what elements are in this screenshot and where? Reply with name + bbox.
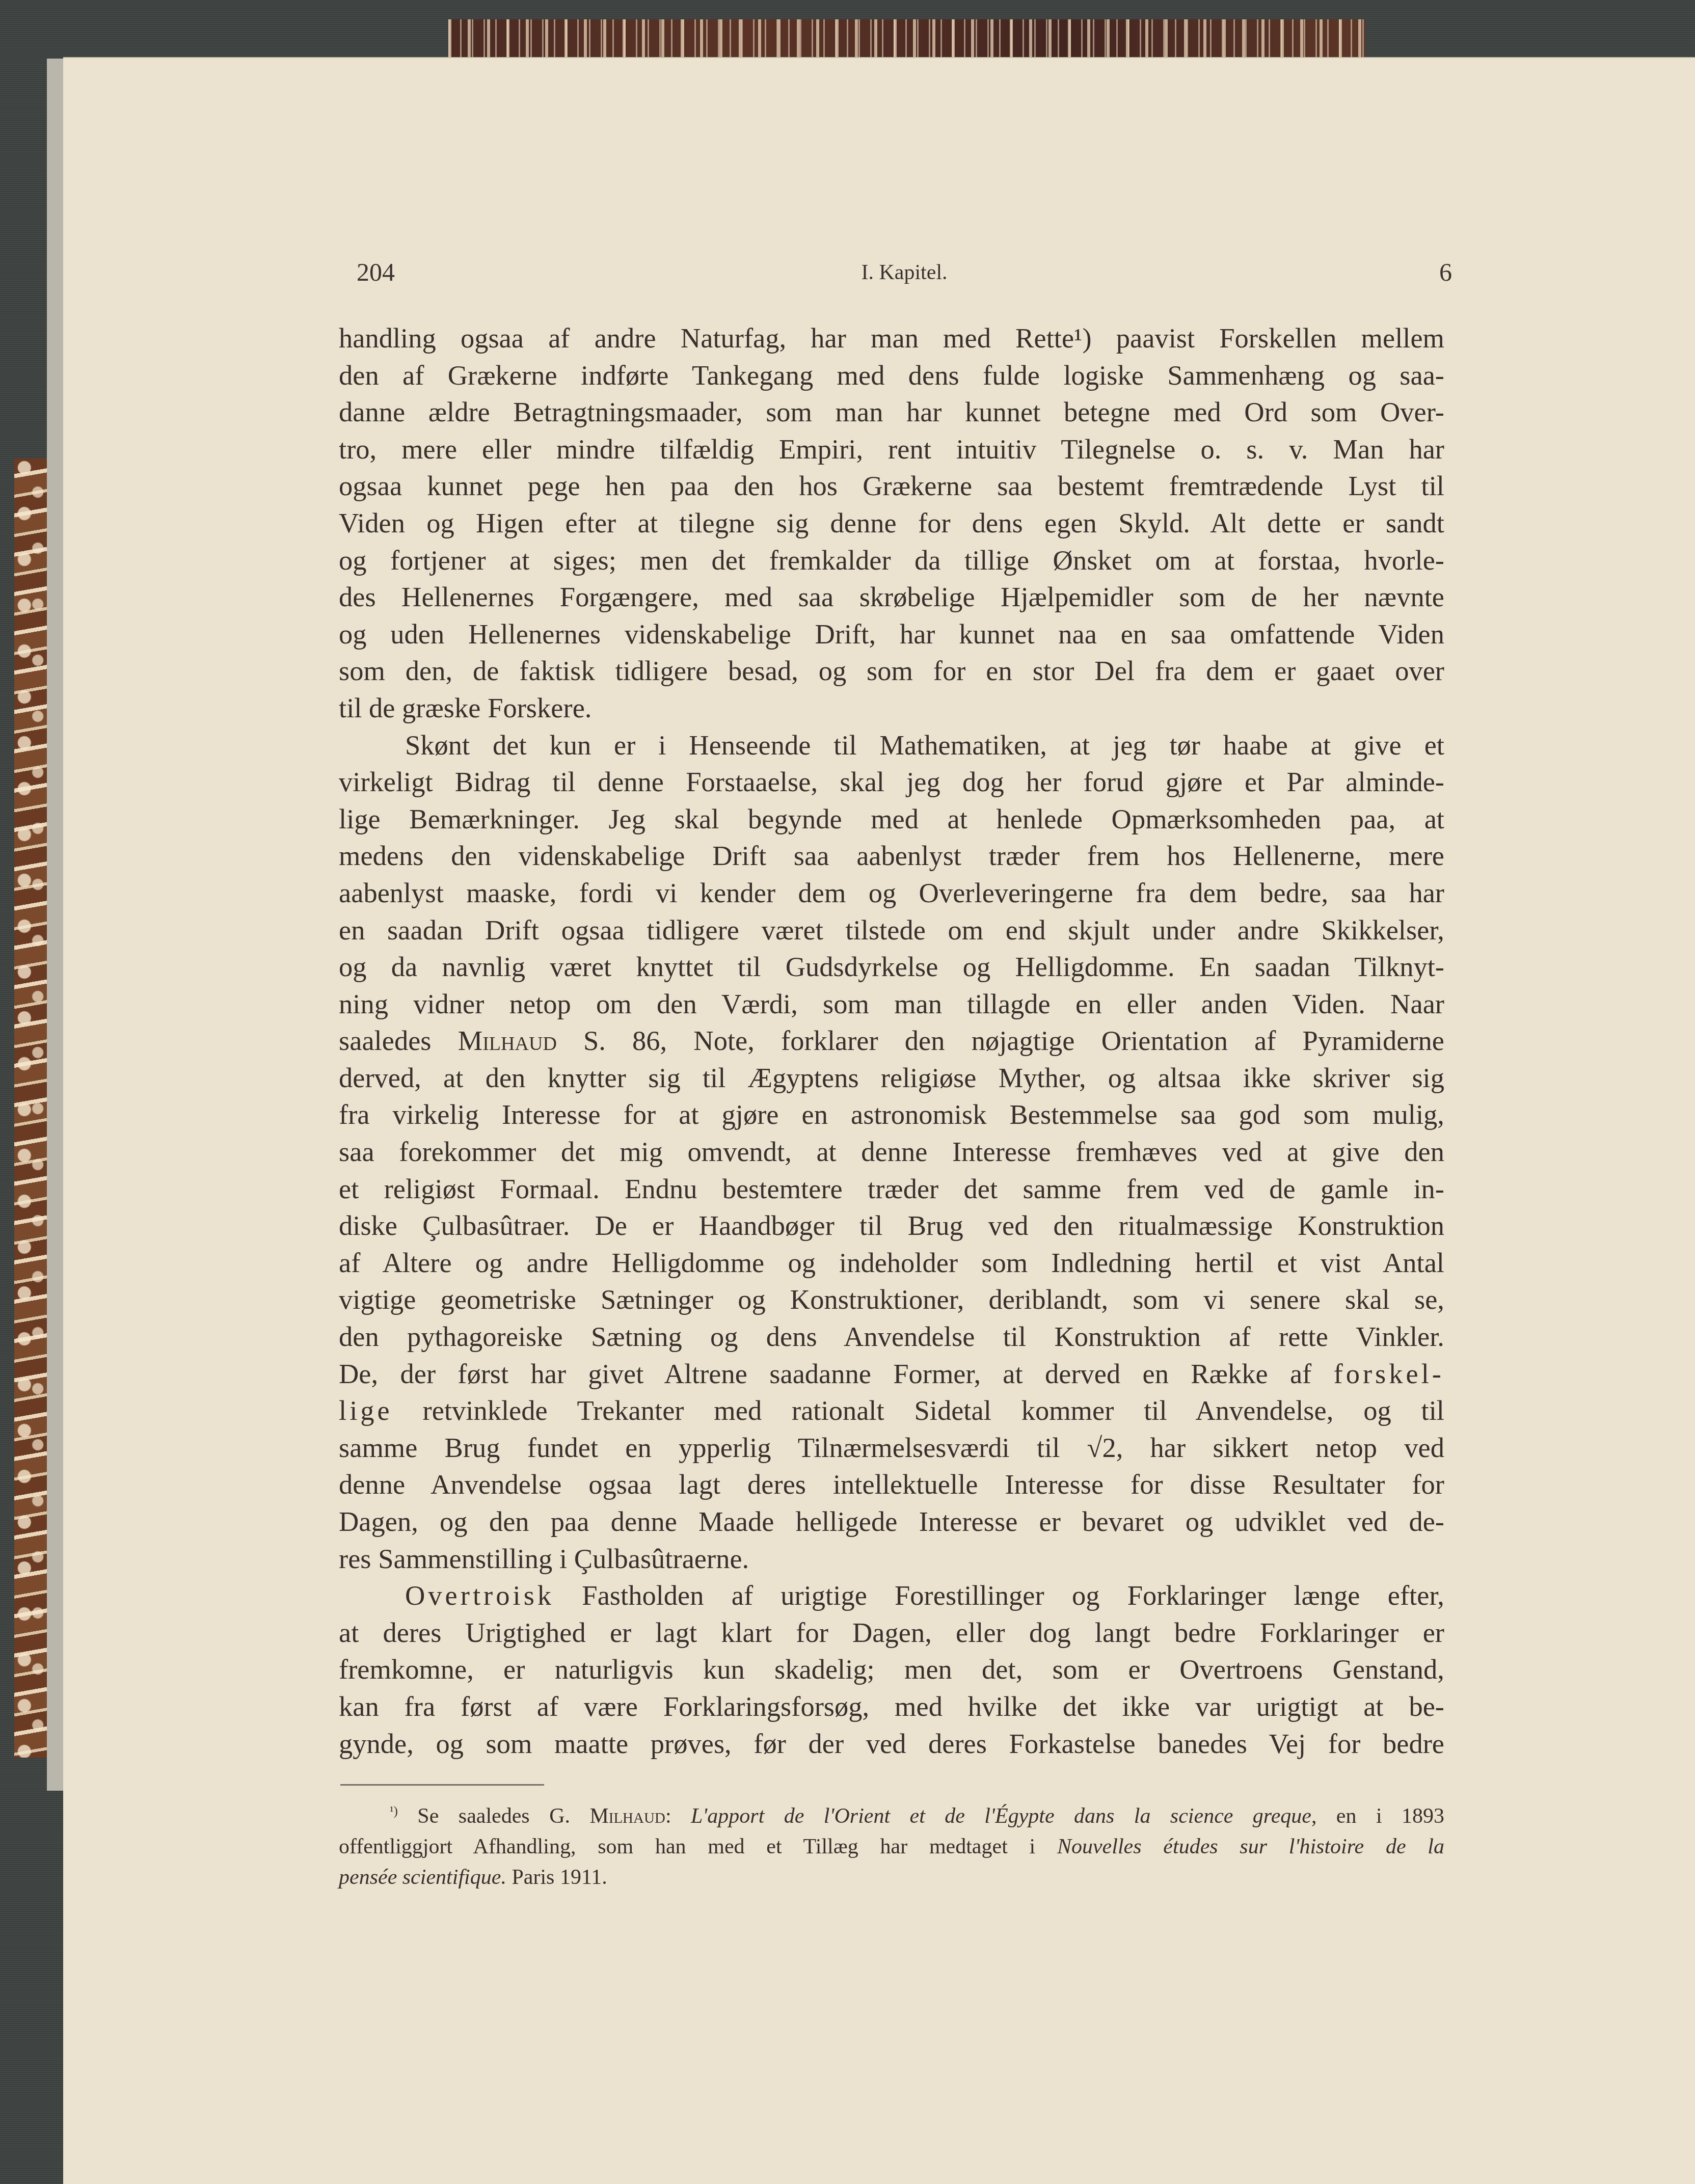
text-line: medens den videnskabelige Drift saa aabe…	[339, 838, 1444, 875]
line-text: des Hellenernes Forgængere, med saa skrø…	[339, 581, 1444, 612]
work-title: L'apport de l'Orient et de l'Égypte dans…	[691, 1804, 1311, 1828]
line-text: af Altere og andre Helligdomme og indeho…	[339, 1247, 1444, 1278]
text-line: saaledes Milhaud S. 86, Note, forklarer …	[339, 1022, 1444, 1060]
text-line: tro, mere eller mindre tilfældig Empiri,…	[339, 431, 1444, 468]
emphasized-word: Overtroisk	[405, 1580, 554, 1611]
line-text: som den, de faktisk tidligere besad, og …	[339, 655, 1444, 686]
text-line: derved, at den knytter sig til Ægyptens …	[339, 1060, 1444, 1097]
text-line: aabenlyst maaske, fordi vi kender dem og…	[339, 875, 1444, 912]
running-title: I. Kapitel.	[357, 260, 1452, 285]
text-line: De, der først har givet Altrene saadanne…	[339, 1356, 1444, 1393]
text-line: lige retvinklede Trekanter med rationalt…	[339, 1392, 1444, 1430]
text-line: af Altere og andre Helligdomme og indeho…	[339, 1245, 1444, 1282]
line-text: Dagen, og den paa denne Maade helligede …	[339, 1506, 1444, 1537]
text-line: vigtige geometriske Sætninger og Konstru…	[339, 1281, 1444, 1318]
line-text: ning vidner netop om den Værdi, som man …	[339, 988, 1444, 1019]
line-text: denne Anvendelse ogsaa lagt deres intell…	[339, 1469, 1444, 1500]
text-line: handling ogsaa af andre Naturfag, har ma…	[339, 320, 1444, 357]
line-text: fra virkelig Interesse for at gjøre en a…	[339, 1099, 1444, 1130]
footnote-line: pensée scientifique. Paris 1911.	[339, 1862, 1444, 1893]
text-line: danne ældre Betragtningsmaader, som man …	[339, 394, 1444, 431]
line-text: derved, at den knytter sig til Ægyptens …	[339, 1062, 1444, 1093]
marbled-edge-left	[14, 459, 48, 1758]
line-text: Viden og Higen efter at tilegne sig denn…	[339, 507, 1444, 538]
author-name: Milhaud	[589, 1804, 665, 1828]
running-header: 204 I. Kapitel. 6	[357, 257, 1452, 288]
work-title: Nouvelles études sur l'histoire de la	[1057, 1835, 1444, 1858]
line-text: Skønt det kun er i Henseende til Mathema…	[405, 730, 1444, 761]
text-line: at deres Urigtighed er lagt klart for Da…	[339, 1614, 1444, 1652]
line-text: og da navnlig været knyttet til Gudsdyrk…	[339, 951, 1444, 982]
line-text: virkeligt Bidrag til denne Forstaaelse, …	[339, 766, 1444, 797]
line-text: res Sammenstilling i Çulbasûtraerne.	[339, 1543, 749, 1574]
footnote-line: ¹) Se saaledes G. Milhaud: L'apport de l…	[339, 1801, 1444, 1831]
line-text: lige Bemærkninger. Jeg skal begynde med …	[339, 803, 1444, 834]
line-text: vigtige geometriske Sætninger og Konstru…	[339, 1284, 1444, 1315]
line-text: tro, mere eller mindre tilfældig Empiri,…	[339, 434, 1444, 465]
text-line: denne Anvendelse ogsaa lagt deres intell…	[339, 1466, 1444, 1503]
text-line: og fortjener at siges; men det fremkalde…	[339, 542, 1444, 579]
footnotes: ¹) Se saaledes G. Milhaud: L'apport de l…	[339, 1801, 1444, 1893]
line-text: retvinklede Trekanter med rationalt Side…	[393, 1395, 1444, 1426]
line-text: ogsaa kunnet pege hen paa den hos Græker…	[339, 470, 1444, 501]
line-text: S. 86, Note, forklarer den nøjagtige Ori…	[557, 1025, 1444, 1056]
line-text: danne ældre Betragtningsmaader, som man …	[339, 396, 1444, 427]
text-line: til de græske Forskere.	[339, 690, 1444, 727]
line-text: og uden Hellenernes videnskabelige Drift…	[339, 618, 1444, 650]
text-line: gynde, og som maatte prøves, før der ved…	[339, 1725, 1444, 1763]
signature-mark: 6	[1439, 257, 1452, 287]
text-line: en saadan Drift ogsaa tidligere været ti…	[339, 912, 1444, 949]
footnote-text: Paris 1911.	[506, 1866, 607, 1889]
line-text: handling ogsaa af andre Naturfag, har ma…	[339, 322, 1444, 354]
line-text: fremkomne, er naturligvis kun skadelig; …	[339, 1654, 1444, 1685]
text-line: lige Bemærkninger. Jeg skal begynde med …	[339, 801, 1444, 838]
text-line: kan fra først af være Forklaringsforsøg,…	[339, 1688, 1444, 1725]
line-text: samme Brug fundet en ypperlig Tilnærmels…	[339, 1432, 1444, 1463]
text-line: saa forekommer det mig omvendt, at denne…	[339, 1134, 1444, 1171]
text-line: den pythagoreiske Sætning og dens Anvend…	[339, 1318, 1444, 1356]
footnote-rule	[340, 1784, 544, 1786]
line-text: aabenlyst maaske, fordi vi kender dem og…	[339, 877, 1444, 908]
line-text: til de græske Forskere.	[339, 692, 591, 723]
line-text: en saadan Drift ogsaa tidligere været ti…	[339, 914, 1444, 946]
line-text: saa forekommer det mig omvendt, at denne…	[339, 1136, 1444, 1167]
marbled-edge-top	[448, 19, 1365, 59]
line-text: saaledes	[339, 1025, 458, 1056]
footnote-marker: ¹)	[390, 1804, 398, 1818]
footnote-text: :	[665, 1804, 691, 1828]
emphasized-word: forskel-	[1334, 1358, 1445, 1389]
author-name: Milhaud	[458, 1025, 557, 1056]
text-line: Viden og Higen efter at tilegne sig denn…	[339, 505, 1444, 542]
text-line: virkeligt Bidrag til denne Forstaaelse, …	[339, 764, 1444, 801]
footnote-line: offentliggjort Afhandling, som han med e…	[339, 1831, 1444, 1862]
text-line: diske Çulbasûtraer. De er Haandbøger til…	[339, 1207, 1444, 1245]
page-stack-edge	[47, 59, 63, 1791]
work-title: pensée scientifique.	[339, 1866, 506, 1889]
emphasized-word: lige	[339, 1395, 393, 1426]
line-text: at deres Urigtighed er lagt klart for Da…	[339, 1617, 1444, 1648]
text-line: som den, de faktisk tidligere besad, og …	[339, 653, 1444, 690]
line-text: Fastholden af urigtige Forestillinger og…	[554, 1580, 1444, 1611]
text-line: fremkomne, er naturligvis kun skadelig; …	[339, 1651, 1444, 1688]
footnote-text: offentliggjort Afhandling, som han med e…	[339, 1835, 1057, 1858]
text-line: fra virkelig Interesse for at gjøre en a…	[339, 1096, 1444, 1134]
text-line: res Sammenstilling i Çulbasûtraerne.	[339, 1541, 1444, 1578]
text-line: den af Grækerne indførte Tankegang med d…	[339, 357, 1444, 394]
footnote-text: , en i 1893	[1311, 1804, 1444, 1828]
text-line: et religiøst Formaal. Endnu bestemtere t…	[339, 1171, 1444, 1208]
text-line: Skønt det kun er i Henseende til Mathema…	[339, 727, 1444, 764]
line-text: og fortjener at siges; men det fremkalde…	[339, 545, 1444, 576]
text-line: Dagen, og den paa denne Maade helligede …	[339, 1503, 1444, 1541]
line-text: et religiøst Formaal. Endnu bestemtere t…	[339, 1173, 1444, 1204]
body-text: handling ogsaa af andre Naturfag, har ma…	[339, 320, 1444, 1762]
text-line: og uden Hellenernes videnskabelige Drift…	[339, 616, 1444, 653]
footnote-text: Se saaledes G.	[398, 1804, 589, 1828]
text-line: Overtroisk Fastholden af urigtige Forest…	[339, 1577, 1444, 1614]
line-text: De, der først har givet Altrene saadanne…	[339, 1358, 1334, 1389]
text-line: des Hellenernes Forgængere, med saa skrø…	[339, 579, 1444, 616]
text-line: ogsaa kunnet pege hen paa den hos Græker…	[339, 468, 1444, 505]
text-line: ning vidner netop om den Værdi, som man …	[339, 986, 1444, 1023]
line-text: den pythagoreiske Sætning og dens Anvend…	[339, 1321, 1444, 1352]
line-text: diske Çulbasûtraer. De er Haandbøger til…	[339, 1210, 1444, 1241]
line-text: medens den videnskabelige Drift saa aabe…	[339, 840, 1444, 871]
line-text: gynde, og som maatte prøves, før der ved…	[339, 1728, 1444, 1759]
line-text: kan fra først af være Forklaringsforsøg,…	[339, 1691, 1444, 1722]
text-line: og da navnlig været knyttet til Gudsdyrk…	[339, 949, 1444, 986]
text-line: samme Brug fundet en ypperlig Tilnærmels…	[339, 1430, 1444, 1467]
line-text: den af Grækerne indførte Tankegang med d…	[339, 360, 1444, 391]
